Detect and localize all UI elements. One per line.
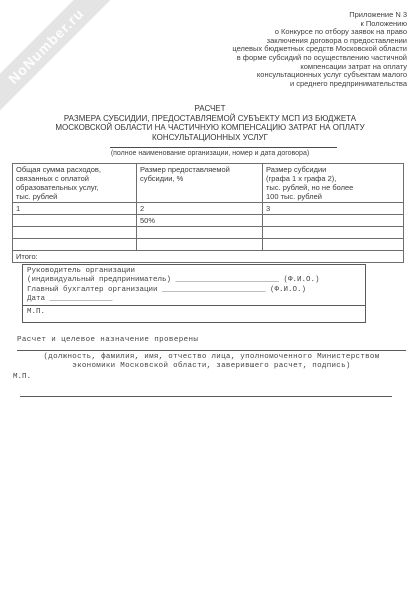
table-row: [13, 227, 404, 239]
org-name-underline: [110, 147, 337, 148]
signature-line-entrepreneur: (индивидуальный предприниматель) _______…: [27, 276, 361, 285]
subsidy-value-cell: [263, 227, 404, 239]
header-cell-subsidy-amount: Размер субсидии (графа 1 х графа 2), тыс…: [263, 164, 404, 203]
subsidy-value-cell: [263, 239, 404, 251]
column-number-cell: 1: [13, 203, 137, 215]
bottom-rule: [20, 396, 392, 397]
column-number-cell: 3: [263, 203, 404, 215]
column-number-cell: 2: [137, 203, 263, 215]
document-page: NoNumber.ru Приложение N 3 к Положению о…: [0, 0, 420, 600]
header-cell-subsidy-percent: Размер предоставляемой субсидии, %: [137, 164, 263, 203]
table-header-row: Общая сумма расходов, связанных с оплато…: [13, 164, 404, 203]
subsidy-calculation-table: Общая сумма расходов, связанных с оплато…: [12, 163, 404, 263]
header-cell-total-expenses: Общая сумма расходов, связанных с оплато…: [13, 164, 137, 203]
signature-box: Руководитель организации (индивидуальный…: [22, 264, 366, 323]
watermark-text: NoNumber.ru: [5, 5, 87, 87]
signature-line-accountant: Главный бухгалтер организации __________…: [27, 286, 361, 295]
percent-value-cell: [137, 227, 263, 239]
document-title: РАСЧЕТ РАЗМЕРА СУБСИДИИ, ПРЕДОСТАВЛЯЕМОЙ…: [0, 104, 420, 142]
signature-lines: Руководитель организации (индивидуальный…: [23, 265, 365, 305]
expenses-value-cell: [13, 215, 137, 227]
verification-stamp-placeholder: М.П.: [13, 373, 31, 382]
verification-statement: Расчет и целевое назначение проверены: [17, 336, 198, 345]
table-row: [13, 239, 404, 251]
official-signature-caption: (должность, фамилия, имя, отчество лица,…: [17, 353, 406, 372]
stamp-placeholder: М.П.: [23, 306, 365, 322]
total-row: Итого:: [13, 251, 404, 263]
expenses-value-cell: [13, 227, 137, 239]
total-label-cell: Итого:: [13, 251, 404, 263]
percent-value-cell: 50%: [137, 215, 263, 227]
subsidy-value-cell: [263, 215, 404, 227]
percent-value-cell: [137, 239, 263, 251]
signature-line-head: Руководитель организации: [27, 267, 361, 276]
expenses-value-cell: [13, 239, 137, 251]
column-number-row: 1 2 3: [13, 203, 404, 215]
org-name-caption: (полное наименование организации, номер …: [0, 150, 420, 157]
table-row: 50%: [13, 215, 404, 227]
official-signature-line: [17, 350, 406, 351]
annex-header: Приложение N 3 к Положению о Конкурсе по…: [232, 11, 407, 88]
signature-line-date: Дата ______________: [27, 295, 361, 304]
